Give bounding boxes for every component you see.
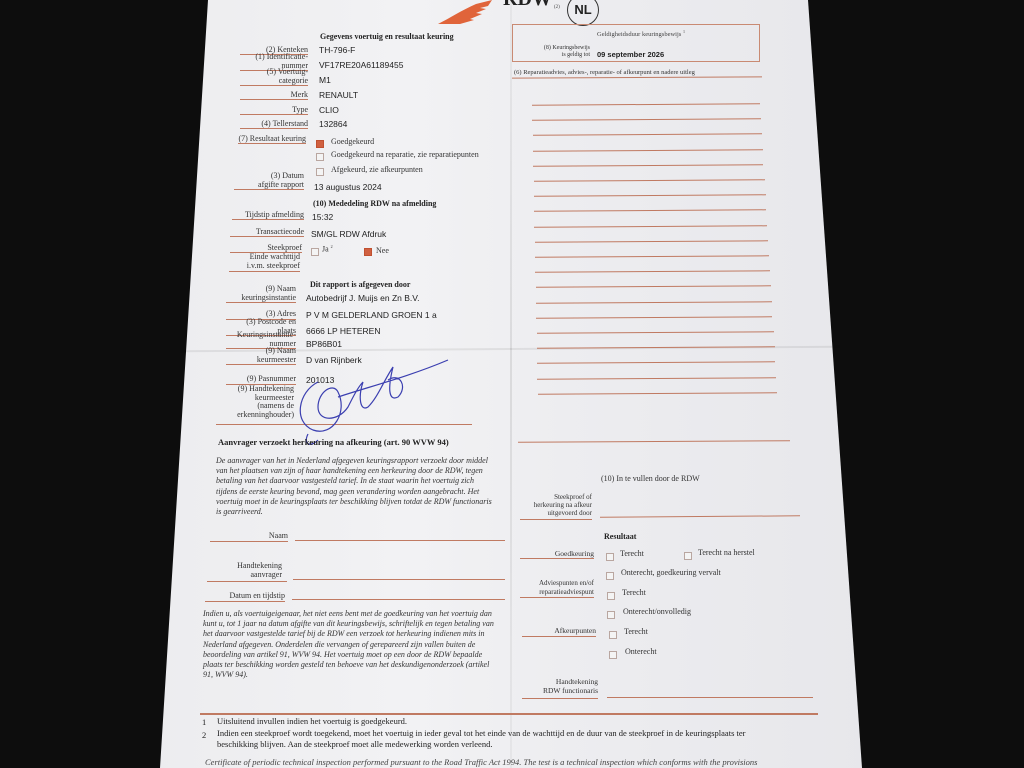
vehicle-field-underline bbox=[240, 99, 308, 100]
applicant-signature-label-underline bbox=[207, 581, 287, 582]
applicant-name-label-underline bbox=[210, 541, 288, 542]
wait-underline bbox=[229, 271, 300, 272]
vehicle-field-underline bbox=[240, 85, 308, 86]
footnote-1-text: Uitsluitend invullen indien het voertuig… bbox=[217, 716, 407, 726]
issuer-field-value: BP86B01 bbox=[306, 339, 342, 349]
vehicle-field-value: CLIO bbox=[319, 105, 339, 115]
result-title: Resultaat bbox=[604, 532, 636, 541]
result-option-label: Goedgekeurd na reparatie, zie reparatiep… bbox=[331, 150, 479, 159]
result-label-underline bbox=[238, 143, 306, 144]
time-value: 15:32 bbox=[312, 212, 333, 222]
applicant-signature-field[interactable] bbox=[293, 579, 505, 580]
approval-label-underline bbox=[520, 558, 594, 559]
issuer-field-value: 6666 LP HETEREN bbox=[306, 326, 381, 336]
result-option-label: Afgekeurd, zie afkeurpunten bbox=[331, 165, 423, 174]
approval-onterecht-checkbox[interactable] bbox=[606, 572, 614, 580]
validity-label: (8) Keuringsbewijsis geldig tot bbox=[520, 45, 590, 58]
validity-date: 09 september 2026 bbox=[597, 50, 664, 59]
result-option-checkbox[interactable] bbox=[316, 168, 324, 176]
rdw-logo-icon bbox=[436, 0, 496, 26]
footnote-1-num: 1 bbox=[202, 717, 206, 727]
vehicle-field-underline bbox=[240, 128, 308, 129]
rdw-section-title: (10) In te vullen door de RDW bbox=[601, 474, 700, 483]
issuer-field-label: (9) Pasnummer bbox=[216, 375, 296, 384]
vehicle-field-value: VF17RE20A61189455 bbox=[319, 60, 403, 70]
rdw-signature-field[interactable] bbox=[607, 697, 813, 698]
issuer-title: Dit rapport is afgegeven door bbox=[310, 280, 410, 289]
reinspection-paragraph: De aanvrager van het in Nederland afgege… bbox=[216, 456, 496, 517]
advice-label-underline bbox=[520, 597, 594, 598]
reject-label-underline bbox=[522, 636, 596, 637]
report-date-label: (3) Datum afgifte rapport bbox=[228, 172, 304, 189]
footnotes-divider bbox=[200, 713, 818, 715]
english-note: Certificate of periodic technical inspec… bbox=[205, 757, 757, 767]
result-option-checkbox[interactable] bbox=[316, 153, 324, 161]
performed-by-label-underline bbox=[520, 519, 592, 520]
country-marker: (2) bbox=[554, 5, 560, 10]
issuer-field-underline bbox=[226, 364, 296, 365]
vehicle-field-label: (5) Voertuig- categorie bbox=[228, 68, 308, 85]
advice-onterecht-label: Onterecht/onvolledig bbox=[623, 607, 691, 616]
vehicle-field-value: RENAULT bbox=[319, 90, 358, 100]
approval-onterecht-label: Onterecht, goedkeuring vervalt bbox=[621, 568, 721, 577]
transaction-underline bbox=[230, 236, 304, 237]
repair-advice-label: (6) Reparatieadvies, advies-, reparatie-… bbox=[514, 69, 695, 76]
report-date-value: 13 augustus 2024 bbox=[314, 182, 382, 192]
advice-terecht-checkbox[interactable] bbox=[607, 592, 615, 600]
issuer-field-label: (9) Naam keuringsinstantie bbox=[216, 285, 296, 302]
sample-yes-checkbox[interactable] bbox=[311, 248, 319, 256]
wait-label: Einde wachttijd i.v.m. steekproef bbox=[226, 253, 300, 270]
performed-by-label: Steekproef of herkeuring na afkeur uitge… bbox=[514, 493, 592, 517]
section-title-vehicle: Gegevens voertuig en resultaat keuring bbox=[320, 32, 454, 41]
approval-terecht-label: Terecht bbox=[620, 549, 644, 558]
reject-onterecht-checkbox[interactable] bbox=[609, 651, 617, 659]
reject-terecht-label: Terecht bbox=[624, 627, 648, 636]
result-option-checkbox[interactable] bbox=[316, 140, 324, 148]
datetime-label: Datum en tijdstip bbox=[205, 592, 285, 601]
approval-terecht-na-herstel-label: Terecht na herstel bbox=[698, 548, 755, 557]
vehicle-field-underline bbox=[240, 114, 308, 115]
reject-onterecht-label: Onterecht bbox=[625, 647, 657, 656]
vehicle-field-value: TH-796-F bbox=[319, 45, 355, 55]
issuer-field-value: Autobedrijf J. Muijs en Zn B.V. bbox=[306, 293, 420, 303]
applicant-signature-label: Handtekening aanvrager bbox=[210, 562, 282, 579]
footnote-2-num: 2 bbox=[202, 730, 206, 740]
applicant-name-label: Naam bbox=[230, 532, 288, 541]
result-option-label: Goedgekeurd bbox=[331, 137, 374, 146]
sample-no-label: Nee bbox=[376, 246, 389, 255]
time-underline bbox=[232, 219, 304, 220]
approval-terecht-na-herstel-checkbox[interactable] bbox=[684, 552, 692, 560]
owner-paragraph: Indien u, als voertuigeigenaar, het niet… bbox=[203, 609, 498, 680]
footnote-2-text: Indien een steekproef wordt toegekend, m… bbox=[217, 728, 787, 750]
validity-title: Geldigheidsduur keuringsbewijs 1 bbox=[597, 29, 685, 38]
issuer-field-label: (9) Naam keurmeester bbox=[216, 347, 296, 364]
paper-fold-vertical bbox=[510, 0, 512, 768]
sample-yes-label: Ja 2 bbox=[322, 244, 333, 254]
approval-terecht-checkbox[interactable] bbox=[606, 553, 614, 561]
sample-no-checkbox[interactable] bbox=[364, 248, 372, 256]
rdw-signature-label-underline bbox=[522, 698, 598, 699]
datetime-label-underline bbox=[205, 601, 285, 602]
datetime-field[interactable] bbox=[292, 599, 505, 600]
advice-onterecht-checkbox[interactable] bbox=[607, 611, 615, 619]
vehicle-field-value: M1 bbox=[319, 75, 331, 85]
reinspection-title: Aanvrager verzoekt herkeuring na afkeuri… bbox=[218, 437, 449, 447]
rdw-notice-title: (10) Mededeling RDW na afmelding bbox=[313, 199, 436, 208]
applicant-name-field[interactable] bbox=[295, 540, 505, 541]
report-date-underline bbox=[234, 189, 304, 190]
transaction-value: SM/GL RDW Afdruk bbox=[311, 229, 386, 239]
advice-terecht-label: Terecht bbox=[622, 588, 646, 597]
issuer-field-underline bbox=[226, 302, 296, 303]
rdw-signature-label: Handtekening RDW functionaris bbox=[520, 678, 598, 695]
vehicle-field-value: 132864 bbox=[319, 119, 347, 129]
rdw-logo-text: RDW bbox=[503, 0, 552, 11]
signature-label: (9) Handtekening keurmeester (namens de … bbox=[214, 385, 294, 419]
advice-label: Adviespunten en/of reparatieadviespunt bbox=[510, 579, 594, 596]
reject-label: Afkeurpunten bbox=[520, 627, 596, 636]
reject-terecht-checkbox[interactable] bbox=[609, 631, 617, 639]
inspection-report-paper bbox=[0, 0, 1024, 768]
issuer-field-value: P V M GELDERLAND GROEN 1 a bbox=[306, 310, 437, 320]
